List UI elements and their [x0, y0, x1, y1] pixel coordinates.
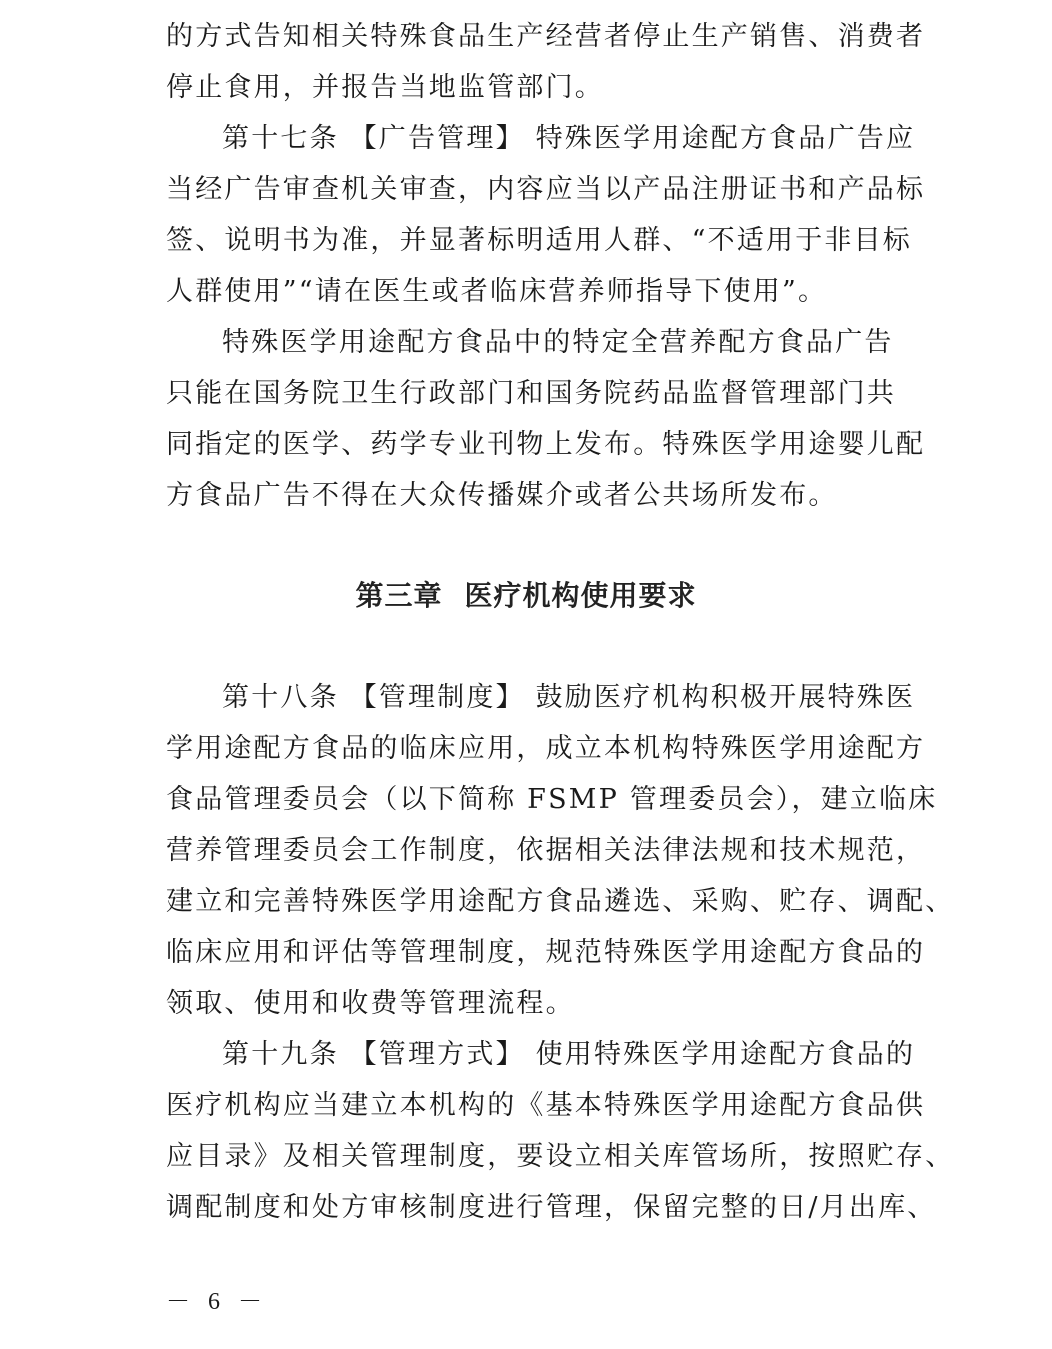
article-18-heading-line: 第十八条 【管理制度】 鼓励医疗机构积极开展特殊医: [222, 681, 915, 715]
paragraph-line: 临床应用和评估等管理制度，规范特殊医学用途配方食品的: [166, 936, 925, 970]
paragraph-line: 建立和完善特殊医学用途配方食品遴选、采购、贮存、调配、: [166, 885, 954, 919]
paragraph-line: 停止食用，并报告当地监管部门。: [166, 71, 604, 105]
paragraph-line: 调配制度和处方审核制度进行管理，保留完整的日/月出库、: [166, 1191, 937, 1225]
paragraph-line: 营养管理委员会工作制度，依据相关法律法规和技术规范，: [166, 834, 925, 868]
document-page: 的方式告知相关特殊食品生产经营者停止生产销售、消费者 停止食用，并报告当地监管部…: [0, 0, 1052, 1349]
paragraph-line: 只能在国务院卫生行政部门和国务院药品监督管理部门共: [166, 377, 896, 411]
paragraph-line: 的方式告知相关特殊食品生产经营者停止生产销售、消费者: [166, 20, 925, 54]
page-number: － 6 －: [166, 1287, 268, 1317]
chapter-number: 第三章: [355, 578, 442, 614]
paragraph-line: 人群使用”“请在医生或者临床营养师指导下使用”。: [166, 275, 827, 309]
chapter-heading: 第三章医疗机构使用要求: [0, 578, 1052, 614]
paragraph-line: 领取、使用和收费等管理流程。: [166, 987, 575, 1021]
chapter-title: 医疗机构使用要求: [465, 578, 697, 614]
paragraph-line: 签、说明书为准，并显著标明适用人群、“不适用于非目标: [166, 224, 912, 258]
paragraph-line: 当经广告审查机关审查，内容应当以产品注册证书和产品标: [166, 173, 925, 207]
paragraph-line: 医疗机构应当建立本机构的《基本特殊医学用途配方食品供: [166, 1089, 925, 1123]
paragraph-line: 学用途配方食品的临床应用，成立本机构特殊医学用途配方: [166, 732, 925, 766]
paragraph-line: 应目录》及相关管理制度，要设立相关库管场所，按照贮存、: [166, 1140, 954, 1174]
article-17-heading-line: 第十七条 【广告管理】 特殊医学用途配方食品广告应: [222, 122, 915, 156]
article-19-heading-line: 第十九条 【管理方式】 使用特殊医学用途配方食品的: [222, 1038, 915, 1072]
paragraph-line: 特殊医学用途配方食品中的特定全营养配方食品广告: [222, 326, 894, 360]
paragraph-line: 同指定的医学、药学专业刊物上发布。特殊医学用途婴儿配: [166, 428, 925, 462]
paragraph-line: 食品管理委员会（以下简称 FSMP 管理委员会），建立临床: [166, 783, 938, 817]
paragraph-line: 方食品广告不得在大众传播媒介或者公共场所发布。: [166, 479, 838, 513]
